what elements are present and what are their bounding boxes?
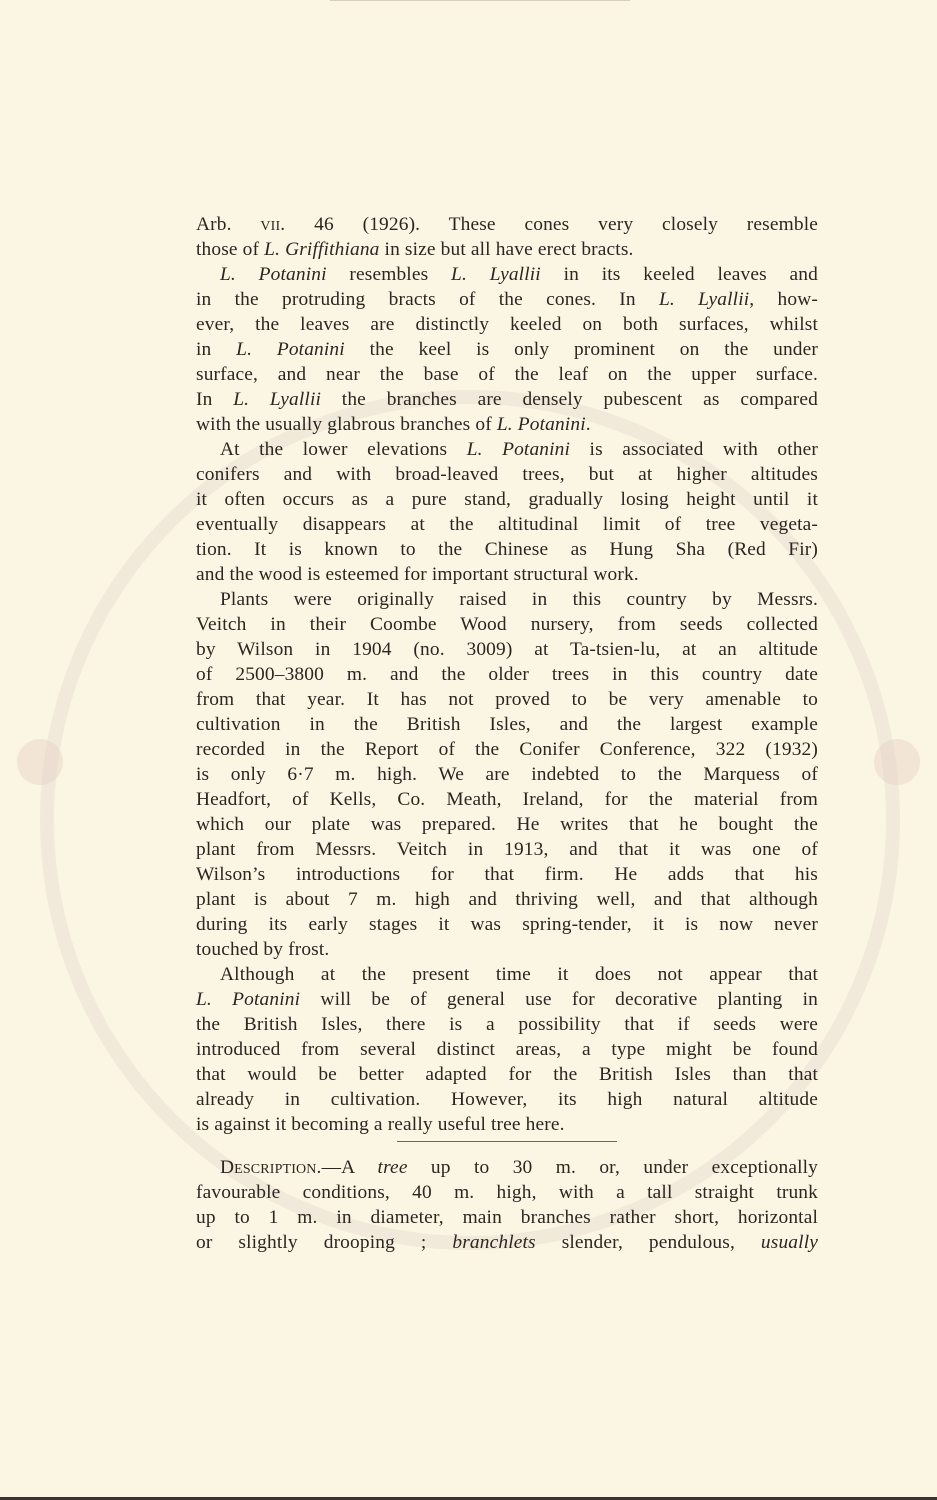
text-run: At the lower elevations bbox=[220, 439, 467, 460]
italic-run: L. Potanini bbox=[196, 989, 300, 1010]
text-run: surface, and near the base of the leaf o… bbox=[196, 364, 818, 385]
text-line: in L. Potanini the keel is only prominen… bbox=[196, 337, 818, 362]
text-run: Wilson’s introductions for that firm. He… bbox=[196, 864, 818, 885]
italic-run: L. Potanini bbox=[220, 264, 327, 285]
text-line: during its early stages it was spring-te… bbox=[196, 912, 818, 937]
italic-run: L. Lyallii bbox=[659, 289, 749, 310]
text-run: resembles bbox=[327, 264, 451, 285]
text-run: will be of general use for decorative pl… bbox=[300, 989, 818, 1010]
italic-run: L. Potanini bbox=[236, 339, 345, 360]
paragraph: Plants were originally raised in this co… bbox=[196, 587, 818, 962]
italic-run: branchlets bbox=[452, 1232, 535, 1253]
text-line: Veitch in their Coombe Wood nursery, fro… bbox=[196, 612, 818, 637]
text-line: those of L. Griffithiana in size but all… bbox=[196, 237, 818, 262]
text-run: in bbox=[196, 339, 236, 360]
italic-run: L. Potanini bbox=[467, 439, 570, 460]
text-line: of 2500–3800 m. and the older trees in t… bbox=[196, 662, 818, 687]
text-run: of 2500–3800 m. and the older trees in t… bbox=[196, 664, 818, 685]
text-run: Although at the present time it does not… bbox=[220, 964, 818, 985]
text-run: plant is about 7 m. high and thriving we… bbox=[196, 889, 818, 910]
text-line: from that year. It has not proved to be … bbox=[196, 687, 818, 712]
text-run: the branches are densely pubescent as co… bbox=[321, 389, 818, 410]
text-line: in the protruding bracts of the cones. I… bbox=[196, 287, 818, 312]
text-line: At the lower elevations L. Potanini is a… bbox=[196, 437, 818, 462]
text-run: Arb. bbox=[196, 214, 260, 235]
text-run: and the wood is esteemed for important s… bbox=[196, 564, 639, 585]
text-run: touched by frost. bbox=[196, 939, 329, 960]
body-text: Arb. vii. 46 (1926). These cones very cl… bbox=[196, 212, 818, 1137]
text-run: conifers and with broad-leaved trees, bu… bbox=[196, 464, 818, 485]
italic-run: L. Griffithiana bbox=[264, 239, 379, 260]
text-run: in the protruding bracts of the cones. I… bbox=[196, 289, 659, 310]
text-run: eventually disappears at the altitudinal… bbox=[196, 514, 818, 535]
text-run: , how- bbox=[749, 289, 818, 310]
watermark-dot-left bbox=[17, 739, 63, 785]
text-run: . bbox=[586, 414, 591, 435]
text-line: Headfort, of Kells, Co. Meath, Ireland, … bbox=[196, 787, 818, 812]
text-run: 46 (1926). These cones very closely rese… bbox=[285, 214, 818, 235]
text-line: L. Potanini will be of general use for d… bbox=[196, 987, 818, 1012]
paragraph: At the lower elevations L. Potanini is a… bbox=[196, 437, 818, 587]
text-line: Plants were originally raised in this co… bbox=[196, 587, 818, 612]
text-run: which our plate was prepared. He writes … bbox=[196, 814, 818, 835]
text-line: L. Potanini resembles L. Lyallii in its … bbox=[196, 262, 818, 287]
text-run: the keel is only prominent on the under bbox=[345, 339, 818, 360]
text-line: is only 6·7 m. high. We are indebted to … bbox=[196, 762, 818, 787]
italic-run: L. Lyallii bbox=[233, 389, 321, 410]
small-caps-run: Description. bbox=[220, 1157, 322, 1178]
page-top-edge bbox=[330, 0, 630, 1]
text-line: recorded in the Report of the Conifer Co… bbox=[196, 737, 818, 762]
text-run: in its keeled leaves and bbox=[541, 264, 818, 285]
text-run: those of bbox=[196, 239, 264, 260]
text-run: that would be better adapted for the Bri… bbox=[196, 1064, 818, 1085]
text-line: which our plate was prepared. He writes … bbox=[196, 812, 818, 837]
text-run: In bbox=[196, 389, 233, 410]
text-run: Plants were originally raised in this co… bbox=[220, 589, 818, 610]
small-caps-run: vii. bbox=[260, 214, 285, 235]
text-run: with the usually glabrous branches of bbox=[196, 414, 497, 435]
text-line: plant is about 7 m. high and thriving we… bbox=[196, 887, 818, 912]
text-run: ever, the leaves are distinctly keeled o… bbox=[196, 314, 818, 335]
text-line: introduced from several distinct areas, … bbox=[196, 1037, 818, 1062]
text-run: is against it becoming a really useful t… bbox=[196, 1114, 565, 1135]
text-line: ever, the leaves are distinctly keeled o… bbox=[196, 312, 818, 337]
text-line: touched by frost. bbox=[196, 937, 818, 962]
text-run: up to 1 m. in diameter, main branches ra… bbox=[196, 1207, 818, 1228]
text-run: is only 6·7 m. high. We are indebted to … bbox=[196, 764, 818, 785]
text-line: plant from Messrs. Veitch in 1913, and t… bbox=[196, 837, 818, 862]
text-run: cultivation in the British Isles, and th… bbox=[196, 714, 818, 735]
text-run: —A bbox=[322, 1157, 378, 1178]
italic-run: L. Lyallii bbox=[451, 264, 541, 285]
paragraph: Arb. vii. 46 (1926). These cones very cl… bbox=[196, 212, 818, 262]
text-line: Description.—A tree up to 30 m. or, unde… bbox=[196, 1155, 818, 1180]
text-run: already in cultivation. However, its hig… bbox=[196, 1089, 818, 1110]
italic-run: tree bbox=[378, 1157, 408, 1178]
text-line: cultivation in the British Isles, and th… bbox=[196, 712, 818, 737]
text-line: the British Isles, there is a possibilit… bbox=[196, 1012, 818, 1037]
italic-run: L. Potanini bbox=[497, 414, 586, 435]
text-run: tion. It is known to the Chinese as Hung… bbox=[196, 539, 818, 560]
text-run: slender, pendulous, bbox=[536, 1232, 761, 1253]
description-section: Description.—A tree up to 30 m. or, unde… bbox=[196, 1155, 818, 1255]
text-line: surface, and near the base of the leaf o… bbox=[196, 362, 818, 387]
text-line: is against it becoming a really useful t… bbox=[196, 1112, 818, 1137]
paragraph: Although at the present time it does not… bbox=[196, 962, 818, 1137]
text-run: introduced from several distinct areas, … bbox=[196, 1039, 818, 1060]
italic-run: usually bbox=[761, 1232, 818, 1253]
text-run: from that year. It has not proved to be … bbox=[196, 689, 818, 710]
text-line: Although at the present time it does not… bbox=[196, 962, 818, 987]
section-divider bbox=[397, 1141, 617, 1142]
text-line: eventually disappears at the altitudinal… bbox=[196, 512, 818, 537]
text-line: with the usually glabrous branches of L.… bbox=[196, 412, 818, 437]
watermark-dot-right bbox=[874, 739, 920, 785]
text-run: is associated with other bbox=[570, 439, 818, 460]
text-run: Veitch in their Coombe Wood nursery, fro… bbox=[196, 614, 818, 635]
text-line: or slightly drooping ; branchlets slende… bbox=[196, 1230, 818, 1255]
text-line: that would be better adapted for the Bri… bbox=[196, 1062, 818, 1087]
text-line: tion. It is known to the Chinese as Hung… bbox=[196, 537, 818, 562]
text-line: by Wilson in 1904 (no. 3009) at Ta-tsien… bbox=[196, 637, 818, 662]
text-run: or slightly drooping ; bbox=[196, 1232, 452, 1253]
text-run: in size but all have erect bracts. bbox=[380, 239, 634, 260]
text-line: Wilson’s introductions for that firm. He… bbox=[196, 862, 818, 887]
text-line: In L. Lyallii the branches are densely p… bbox=[196, 387, 818, 412]
text-line: conifers and with broad-leaved trees, bu… bbox=[196, 462, 818, 487]
text-line: it often occurs as a pure stand, gradual… bbox=[196, 487, 818, 512]
text-run: during its early stages it was spring-te… bbox=[196, 914, 818, 935]
text-run: recorded in the Report of the Conifer Co… bbox=[196, 739, 818, 760]
text-line: and the wood is esteemed for important s… bbox=[196, 562, 818, 587]
text-line: up to 1 m. in diameter, main branches ra… bbox=[196, 1205, 818, 1230]
text-run: the British Isles, there is a possibilit… bbox=[196, 1014, 818, 1035]
text-line: favourable conditions, 40 m. high, with … bbox=[196, 1180, 818, 1205]
text-line: Arb. vii. 46 (1926). These cones very cl… bbox=[196, 212, 818, 237]
text-run: Headfort, of Kells, Co. Meath, Ireland, … bbox=[196, 789, 818, 810]
text-run: favourable conditions, 40 m. high, with … bbox=[196, 1182, 818, 1203]
text-run: it often occurs as a pure stand, gradual… bbox=[196, 489, 818, 510]
text-line: already in cultivation. However, its hig… bbox=[196, 1087, 818, 1112]
text-run: up to 30 m. or, under exceptionally bbox=[408, 1157, 818, 1178]
text-run: by Wilson in 1904 (no. 3009) at Ta-tsien… bbox=[196, 639, 818, 660]
paragraph: L. Potanini resembles L. Lyallii in its … bbox=[196, 262, 818, 437]
text-run: plant from Messrs. Veitch in 1913, and t… bbox=[196, 839, 818, 860]
